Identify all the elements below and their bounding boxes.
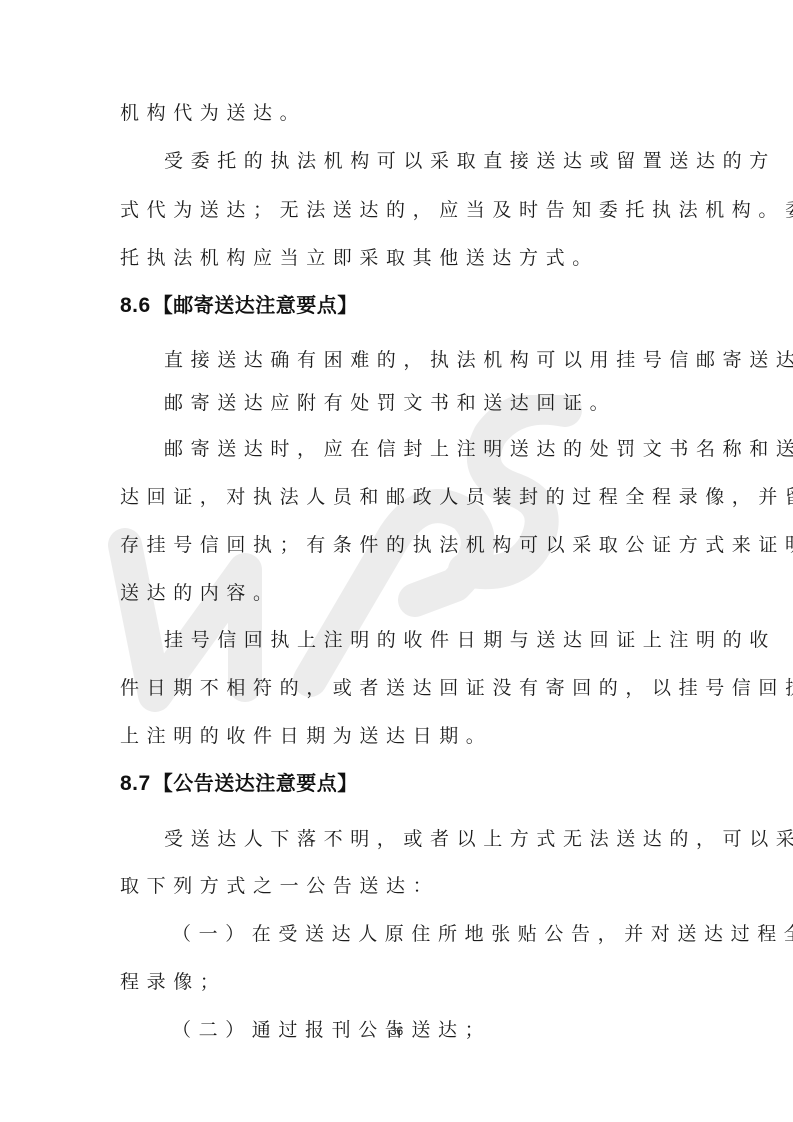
paragraph-line: 达回证，对执法人员和邮政人员装封的过程全程录像，并留 bbox=[120, 482, 793, 512]
paragraph-line: 送达的内容。 bbox=[120, 578, 280, 608]
paragraph-line: 件日期不相符的，或者送达回证没有寄回的，以挂号信回执 bbox=[120, 673, 793, 703]
paragraph-line: 托执法机构应当立即采取其他送达方式。 bbox=[120, 243, 599, 273]
paragraph-line: 存挂号信回执；有条件的执法机构可以采取公证方式来证明 bbox=[120, 530, 793, 560]
paragraph-line: 邮寄送达时，应在信封上注明送达的处罚文书名称和送 bbox=[164, 434, 793, 464]
paragraph-line: 式代为送达；无法送达的，应当及时告知委托执法机构。委 bbox=[120, 195, 793, 225]
heading-title: 【公告送达注意要点】 bbox=[153, 771, 358, 795]
paragraph-line: （二）通过报刊公告送达； bbox=[172, 1015, 491, 1045]
paragraph-line: 取下列方式之一公告送达： bbox=[120, 871, 439, 901]
paragraph-line: （一）在受送达人原住所地张贴公告，并对送达过程全 bbox=[172, 919, 793, 949]
paragraph-line: 邮寄送达应附有处罚文书和送达回证。 bbox=[164, 388, 616, 418]
paragraph-line: 挂号信回执上注明的收件日期与送达回证上注明的收 bbox=[164, 625, 776, 655]
heading-number: 8.6 bbox=[120, 294, 151, 317]
paragraph-line: 受委托的执法机构可以采取直接送达或留置送达的方 bbox=[164, 146, 776, 176]
heading-number: 8.7 bbox=[120, 772, 151, 795]
paragraph-line: 机构代为送达。 bbox=[120, 98, 306, 128]
document-page: 机构代为送达。 受委托的执法机构可以采取直接送达或留置送达的方 式代为送达；无法… bbox=[0, 0, 793, 1122]
paragraph-line: 受送达人下落不明，或者以上方式无法送达的，可以采 bbox=[164, 824, 793, 854]
heading-title: 【邮寄送达注意要点】 bbox=[153, 293, 358, 317]
paragraph-line: 程录像； bbox=[120, 967, 226, 997]
section-heading-8-6: 8.6【邮寄送达注意要点】 bbox=[120, 290, 358, 321]
paragraph-line: 直接送达确有困难的，执法机构可以用挂号信邮寄送达。 bbox=[164, 345, 793, 375]
section-heading-8-7: 8.7【公告送达注意要点】 bbox=[120, 768, 358, 799]
paragraph-line: 上注明的收件日期为送达日期。 bbox=[120, 721, 492, 751]
